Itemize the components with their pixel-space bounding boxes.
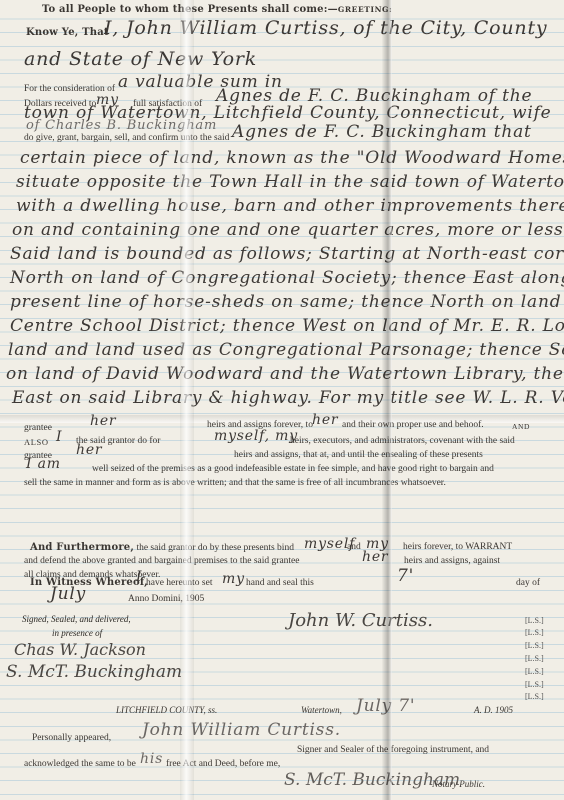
warranty-line2-b: heirs and assigns, against	[404, 556, 500, 566]
greeting-tag: Greeting:	[338, 5, 393, 14]
description-line: Said land is bounded as follows; Startin…	[10, 244, 564, 264]
description-line: with a dwelling house, barn and other im…	[16, 196, 564, 216]
habendum-row4-text: well seized of the premises as a good in…	[92, 464, 494, 474]
description-line: present line of horse-sheds on same; the…	[10, 292, 564, 312]
ack-month-day: July 7'	[356, 696, 415, 716]
appeared-label: Personally appeared,	[32, 733, 111, 743]
seal-mark: [L.S.]	[525, 616, 544, 625]
habendum-row4-hand: I am	[26, 456, 61, 472]
description-line: land and land used as Congregational Par…	[8, 340, 564, 360]
witness-heading: In Witness Whereof,	[30, 577, 148, 588]
seal-mark: [L.S.]	[525, 628, 544, 637]
warranty-text1: the said grantor do by these presents bi…	[136, 543, 294, 553]
greeting-text: To all People to whom these Presents sha…	[42, 4, 338, 15]
appeared-name: John William Curtiss.	[142, 720, 341, 740]
witness-day: 7'	[397, 566, 414, 586]
habendum-and: And	[512, 422, 530, 431]
witness-anno: Anno Domini, 1905	[128, 594, 204, 604]
habendum-row1-hand2: her	[312, 412, 338, 428]
seal-mark: [L.S.]	[525, 680, 544, 689]
warranty-line2-a: and defend the above granted and bargain…	[24, 556, 299, 566]
seal-mark: [L.S.]	[525, 641, 544, 650]
know-ye-label: Know Ye, That	[26, 27, 109, 38]
habendum-row1-text2: and their own proper use and behoof.	[342, 420, 484, 430]
warranty-text3: heirs forever, to WARRANT	[403, 542, 512, 552]
habendum-row2-hand2: myself, my	[214, 428, 298, 444]
greeting-line: To all People to whom these Presents sha…	[42, 4, 392, 15]
habendum-row2-hand: I	[56, 429, 62, 445]
witness1-signature: Chas W. Jackson	[14, 640, 146, 659]
witness2-signature: S. McT. Buckingham	[6, 662, 182, 682]
seal-mark: [L.S.]	[525, 667, 544, 676]
witness-text1: have hereunto set	[146, 578, 212, 588]
ack-ad: A. D. 1905	[474, 705, 513, 715]
description-line: on and containing one and one quarter ac…	[12, 220, 564, 240]
witness-text2: hand and seal this	[246, 578, 314, 588]
warranty-row1: And Furthermore, the said grantor do by …	[30, 542, 294, 553]
description-line: North on land of Congregational Society;…	[10, 268, 564, 288]
description-line: on land of David Woodward and the Watert…	[6, 364, 564, 384]
warranty-line2-hand: her	[362, 549, 388, 565]
witness-hand-i: I	[136, 569, 142, 585]
seal-mark: [L.S.]	[525, 692, 544, 701]
in-presence-label: in presence of	[52, 628, 102, 638]
habendum-row2-text2: heirs, executors, and administrators, co…	[290, 436, 515, 446]
notary-label: Notary Public.	[432, 779, 485, 789]
habendum-row3-hand: her	[76, 442, 102, 458]
deed-page: To all People to whom these Presents sha…	[0, 0, 564, 800]
habendum-row5-text: sell the same in manner and form as is a…	[24, 478, 446, 488]
signer-text: Signer and Sealer of the foregoing instr…	[297, 745, 489, 755]
warranty-text2: and	[347, 542, 361, 552]
habendum-grantee-hand: her	[90, 413, 116, 429]
ack-text-a: acknowledged the same to be	[24, 759, 136, 769]
warranty-heading: And Furthermore,	[30, 542, 134, 553]
ack-place: Watertown,	[301, 705, 342, 715]
witness-day-of: day of	[516, 578, 540, 588]
payer-line-3: of Charles B. Buckingham	[26, 118, 217, 133]
grantor-signature: John W. Curtiss.	[288, 610, 433, 631]
witness-hand-my: my	[222, 571, 245, 587]
ack-hand: his	[140, 751, 163, 767]
habendum-grantee-label: grantee	[24, 423, 52, 433]
grant-label: do give, grant, bargain, sell, and confi…	[24, 133, 229, 143]
grantor-residence-line: and State of New York	[24, 48, 257, 70]
description-line: Centre School District; thence West on l…	[10, 316, 564, 336]
ack-county: LITCHFIELD COUNTY, ss.	[116, 705, 217, 715]
grantee-name: Agnes de F. C. Buckingham that	[232, 122, 532, 142]
description-line: certain piece of land, known as the "Old…	[20, 148, 564, 168]
habendum-row3-text: heirs and assigns, that at, and until th…	[234, 450, 483, 460]
grantor-name-line: I, John William Curtiss, of the City, Co…	[104, 17, 547, 39]
seal-mark: [L.S.]	[525, 654, 544, 663]
ack-text-b: free Act and Deed, before me,	[166, 759, 280, 769]
description-line: East on said Library & highway. For my t…	[12, 388, 564, 408]
witness-month: July	[50, 584, 86, 604]
signed-sealed-label: Signed, Sealed, and delivered,	[22, 614, 131, 624]
description-line: situate opposite the Town Hall in the sa…	[16, 172, 564, 192]
habendum-also: Also	[24, 437, 49, 447]
